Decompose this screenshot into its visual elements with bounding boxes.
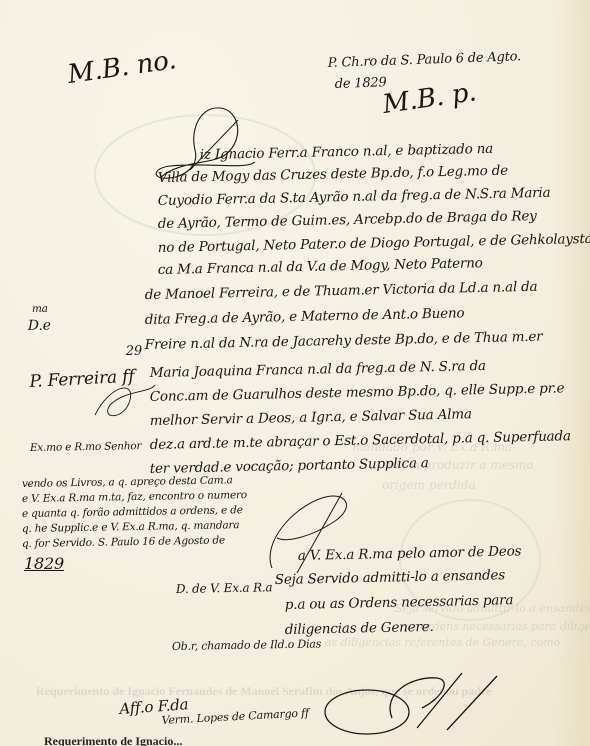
page-caption: Requerimento de Ignacio... <box>44 734 182 746</box>
closing-sender: Ob.r, chamado de Ild.o Dias <box>172 637 321 653</box>
closing-line: diligencias de Genere. <box>285 619 434 638</box>
report-line: e quanta q. forão admittidos a ordens, e… <box>22 504 243 520</box>
manuscript-page: mandado por V. Ex.a R.ma ring reproduzir… <box>0 0 590 746</box>
body-line: no de Portugal, Neto Pater.o de Diogo Po… <box>158 231 590 256</box>
margin-note-top: ma <box>32 303 48 315</box>
closing-line: a V. Ex.a R.ma pelo amor de Deos <box>298 543 522 564</box>
report-line: e V. Ex.a R.ma m.ta, faz, encontro o num… <box>22 489 247 505</box>
margin-number: 29 <box>126 344 142 359</box>
bleed-through-line: as diligencias referentes de Genere, com… <box>325 636 560 649</box>
body-line: ter verdad.e vocação; portanto Supplica … <box>150 455 429 477</box>
body-line: ca M.a Franca n.al da V.a de Mogy, Neto … <box>158 255 483 278</box>
report-line: q. for Servido. S. Paulo 16 de Agosto de <box>22 534 225 550</box>
body-line: Villa de Mogy das Cruzes deste Bp.do, f.… <box>158 163 508 186</box>
body-line: Freire n.al da N.ra de Jacarehy deste Bp… <box>145 329 543 353</box>
report-line: vendo os Livros, a q. apreço desta Cam.a <box>22 474 233 490</box>
body-line: de Ayrão, Termo de Guim.es, Arcebp.do de… <box>158 208 537 232</box>
body-line: melhor Servir a Deos, a Igr.a, e Salvar … <box>150 406 472 429</box>
margin-note-top: D.e <box>28 318 51 334</box>
body-line: Cuyodio Ferr.a da S.ta Ayrão n.al da fre… <box>158 185 551 209</box>
body-line: Maria Joaquina Franca n.al da freg.a de … <box>150 358 486 381</box>
body-line: iz Ignacio Ferr.a Franco n.al, e baptiza… <box>200 141 493 163</box>
bleed-through-line: origem perdida <box>382 478 476 492</box>
ferreira-signature: P. Ferreira ff <box>29 367 135 392</box>
header-date-line-1: P. Ch.ro da S. Paulo 6 de Agto. <box>327 49 521 71</box>
header-right-mark: M.B. p. <box>381 77 478 120</box>
report-line: q. he Supplic.e e V. Ex.a R.ma, q. manda… <box>22 519 240 535</box>
bottom-right-initials: E.R.M. <box>435 700 510 725</box>
body-line: dita Freg.a de Ayrão, e Materno de Ant.o… <box>145 305 465 328</box>
body-line: de Manoel Ferreira, e de Thuam.er Victor… <box>145 279 538 303</box>
report-year: 1829 <box>24 554 64 573</box>
header-date-line-2: de 1829 <box>334 75 386 92</box>
closing-line: Seja Servido admitti-lo a ensandes <box>275 567 505 588</box>
report-signature: D. de V. Ex.a R.a <box>176 580 273 596</box>
address-line: Ex.mo e R.mo Senhor <box>30 440 142 454</box>
body-line: Conc.am de Guarulhos deste mesmo Bp.do, … <box>150 380 565 405</box>
header-left-mark: M.B. no. <box>66 45 178 90</box>
initial-p-flourish <box>262 488 362 578</box>
bleed-through-caption: Requerimento de Ignacio Fernandes de Man… <box>36 684 491 699</box>
